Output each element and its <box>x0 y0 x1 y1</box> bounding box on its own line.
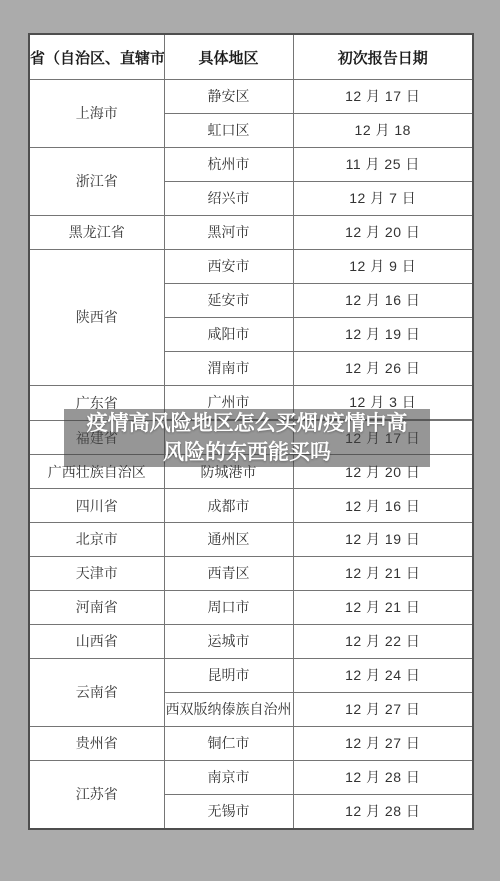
province-cell: 江苏省 <box>29 760 164 829</box>
area-cell: 虹口区 <box>164 113 293 147</box>
date-cell: 12 月 7 日 <box>293 181 473 215</box>
area-cell: 运城市 <box>164 624 293 658</box>
area-cell: 杭州市 <box>164 147 293 181</box>
headline-line-2: 风险的东西能买吗 <box>64 438 430 467</box>
header-province: 省（自治区、直辖市） <box>29 34 164 80</box>
date-cell: 12 月 27 日 <box>293 726 473 760</box>
area-cell: 南京市 <box>164 760 293 794</box>
date-cell: 12 月 16 日 <box>293 283 473 317</box>
area-cell: 绍兴市 <box>164 181 293 215</box>
area-cell: 西青区 <box>164 556 293 590</box>
area-cell: 延安市 <box>164 283 293 317</box>
table-row: 陕西省西安市12 月 9 日 <box>29 249 473 283</box>
date-cell: 12 月 21 日 <box>293 556 473 590</box>
area-cell: 黑河市 <box>164 215 293 249</box>
province-cell: 上海市 <box>29 80 164 148</box>
table-row: 浙江省杭州市11 月 25 日 <box>29 147 473 181</box>
table-row: 黑龙江省黑河市12 月 20 日 <box>29 215 473 249</box>
table-row: 河南省周口市12 月 21 日 <box>29 590 473 624</box>
province-cell: 黑龙江省 <box>29 215 164 249</box>
date-cell: 12 月 18 <box>293 113 473 147</box>
headline-overlay: 疫情高风险地区怎么买烟/疫情中高 风险的东西能买吗 <box>64 409 430 467</box>
date-cell: 12 月 22 日 <box>293 624 473 658</box>
date-cell: 11 月 25 日 <box>293 147 473 181</box>
area-cell: 咸阳市 <box>164 317 293 351</box>
area-cell: 成都市 <box>164 489 293 523</box>
province-cell: 浙江省 <box>29 147 164 215</box>
header-date: 初次报告日期 <box>293 34 473 80</box>
date-cell: 12 月 26 日 <box>293 351 473 385</box>
area-cell: 渭南市 <box>164 351 293 385</box>
province-cell: 贵州省 <box>29 726 164 760</box>
area-cell: 静安区 <box>164 80 293 114</box>
date-cell: 12 月 16 日 <box>293 489 473 523</box>
date-cell: 12 月 28 日 <box>293 760 473 794</box>
table-row: 山西省运城市12 月 22 日 <box>29 624 473 658</box>
table-row: 江苏省南京市12 月 28 日 <box>29 760 473 794</box>
province-cell: 北京市 <box>29 523 164 557</box>
province-cell: 河南省 <box>29 590 164 624</box>
table-row: 贵州省铜仁市12 月 27 日 <box>29 726 473 760</box>
date-cell: 12 月 9 日 <box>293 249 473 283</box>
table-row: 上海市静安区12 月 17 日 <box>29 80 473 114</box>
date-cell: 12 月 27 日 <box>293 692 473 726</box>
date-cell: 12 月 19 日 <box>293 317 473 351</box>
province-cell: 四川省 <box>29 489 164 523</box>
area-cell: 无锡市 <box>164 794 293 829</box>
area-cell: 通州区 <box>164 523 293 557</box>
date-cell: 12 月 19 日 <box>293 523 473 557</box>
date-cell: 12 月 28 日 <box>293 794 473 829</box>
area-cell: 昆明市 <box>164 658 293 692</box>
province-cell: 陕西省 <box>29 249 164 385</box>
header-row: 省（自治区、直辖市） 具体地区 初次报告日期 <box>29 34 473 80</box>
area-cell: 西安市 <box>164 249 293 283</box>
province-cell: 天津市 <box>29 556 164 590</box>
page: 省（自治区、直辖市） 具体地区 初次报告日期 上海市静安区12 月 17 日虹口… <box>0 0 500 881</box>
date-cell: 12 月 21 日 <box>293 590 473 624</box>
area-cell: 周口市 <box>164 590 293 624</box>
province-cell: 云南省 <box>29 658 164 726</box>
table-row: 云南省昆明市12 月 24 日 <box>29 658 473 692</box>
province-cell: 山西省 <box>29 624 164 658</box>
area-cell: 西双版纳傣族自治州 <box>164 692 293 726</box>
table-row: 天津市西青区12 月 21 日 <box>29 556 473 590</box>
date-cell: 12 月 24 日 <box>293 658 473 692</box>
date-cell: 12 月 20 日 <box>293 215 473 249</box>
table-row: 四川省成都市12 月 16 日 <box>29 489 473 523</box>
area-cell: 铜仁市 <box>164 726 293 760</box>
date-cell: 12 月 17 日 <box>293 80 473 114</box>
headline-line-1: 疫情高风险地区怎么买烟/疫情中高 <box>64 409 430 438</box>
table-row: 北京市通州区12 月 19 日 <box>29 523 473 557</box>
header-area: 具体地区 <box>164 34 293 80</box>
